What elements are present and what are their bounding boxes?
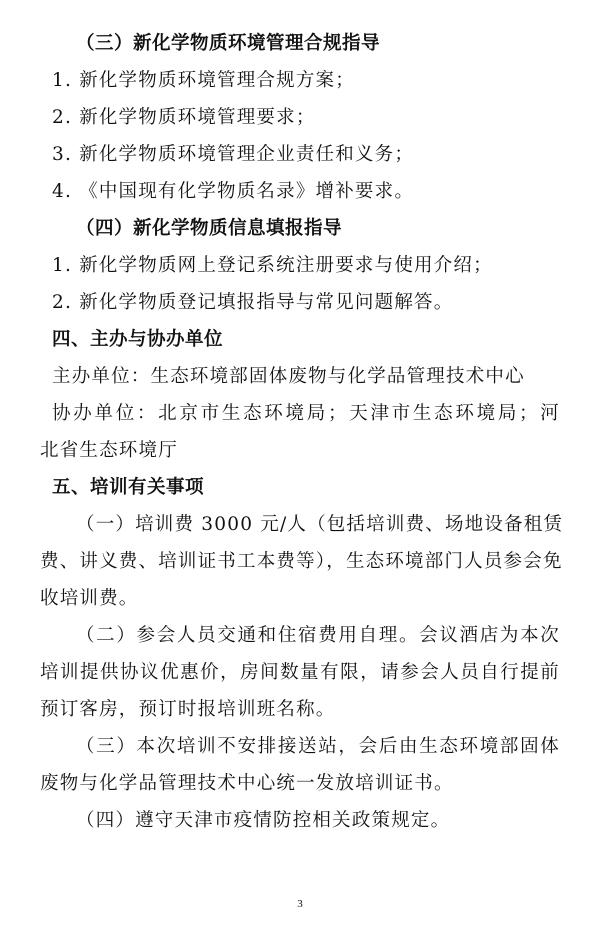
list-item: 2. 新化学物质登记填报指导与常见问题解答。 [52, 290, 560, 316]
heading-organizers: 四、主办与协办单位 [52, 327, 560, 353]
list-item: 3. 新化学物质环境管理企业责任和义务； [52, 142, 560, 168]
paragraph-fee: （一）培训费 3000 元/人（包括培训费、场地设备租赁 [76, 512, 560, 538]
paragraph-accommodation-wrap: 培训提供协议优惠价，房间数量有限，请参会人员自行提前 [40, 660, 560, 686]
co-host-units: 协办单位：北京市生态环境局；天津市生态环境局；河 [52, 401, 560, 427]
page-number: 3 [0, 898, 600, 910]
document-page: （三）新化学物质环境管理合规指导 1. 新化学物质环境管理合规方案； 2. 新化… [0, 0, 600, 950]
list-item: 4. 《中国现有化学物质名录》增补要求。 [52, 179, 560, 205]
paragraph-covid: （四）遵守天津市疫情防控相关政策规定。 [76, 808, 560, 834]
co-host-units-wrap: 北省生态环境厅 [40, 438, 560, 464]
paragraph-fee-wrap: 收培训费。 [40, 586, 560, 612]
list-item: 1. 新化学物质网上登记系统注册要求与使用介绍； [52, 253, 560, 279]
list-item: 2. 新化学物质环境管理要求； [52, 105, 560, 131]
list-item: 1. 新化学物质环境管理合规方案； [52, 68, 560, 94]
paragraph-fee-wrap: 费、讲义费、培训证书工本费等），生态环境部门人员参会免 [40, 549, 560, 575]
host-unit: 主办单位：生态环境部固体废物与化学品管理技术中心 [52, 364, 560, 390]
paragraph-transport-wrap: 废物与化学品管理技术中心统一发放培训证书。 [40, 771, 560, 797]
paragraph-accommodation: （二）参会人员交通和住宿费用自理。会议酒店为本次 [76, 623, 560, 649]
paragraph-transport: （三）本次培训不安排接送站，会后由生态环境部固体 [76, 734, 560, 760]
heading-training-matters: 五、培训有关事项 [52, 475, 560, 501]
paragraph-accommodation-wrap: 预订客房，预订时报培训班名称。 [40, 697, 560, 723]
section-4-heading: （四）新化学物质信息填报指导 [76, 216, 560, 242]
section-3-heading: （三）新化学物质环境管理合规指导 [76, 31, 560, 57]
